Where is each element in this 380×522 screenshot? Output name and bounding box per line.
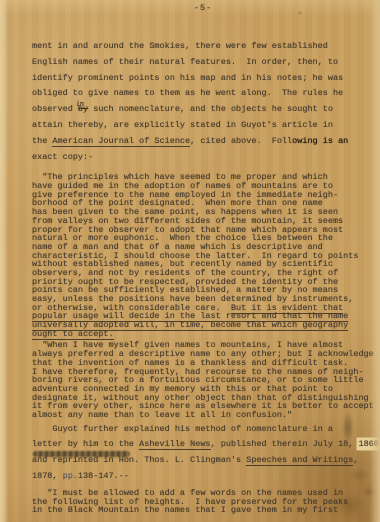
text-line: exact copy:- [32,150,380,166]
paper-edge-left [0,0,7,522]
text-line: the American Journal of Science, cited a… [32,134,380,150]
document-body: -5- ment in and around the Smokies, ther… [0,0,380,515]
text-line: ought to accept. [32,330,380,339]
text-line: almost any name than to leave it all in … [32,411,380,420]
page-number: -5- [32,4,380,13]
text-line: attain thereby, are explicitly stated in… [32,118,380,134]
scanned-document-page: -5- ment in and around the Smokies, ther… [0,0,380,522]
paper-edge-right [369,0,380,522]
text-line: English names of their natural features.… [32,55,380,71]
scribbled-out-text [33,451,130,457]
text-line: 1878, pp.138-147.-- [32,469,380,485]
handwritten-correction: in [77,97,85,113]
text-line: in the Black Mountain the names that I g… [32,506,380,515]
text-line: observed byin such nomenclature, and the… [32,102,380,118]
quote-naming: "When I have myself given names to mount… [32,341,380,419]
para-opening: ment in and around the Smokies, there we… [32,39,380,165]
text-line: Guyot further explained his method of no… [32,422,380,438]
quote-principles: "The principles which have seemed to me … [32,173,380,338]
para-guyot-letter: Guyot further explained his method of no… [32,422,380,485]
quote-list-of-heights: "I must be allowed to add a few words on… [32,489,380,515]
text-line: identify prominent points on his map and… [32,71,380,87]
text-line: ment in and around the Smokies, there we… [32,39,380,55]
